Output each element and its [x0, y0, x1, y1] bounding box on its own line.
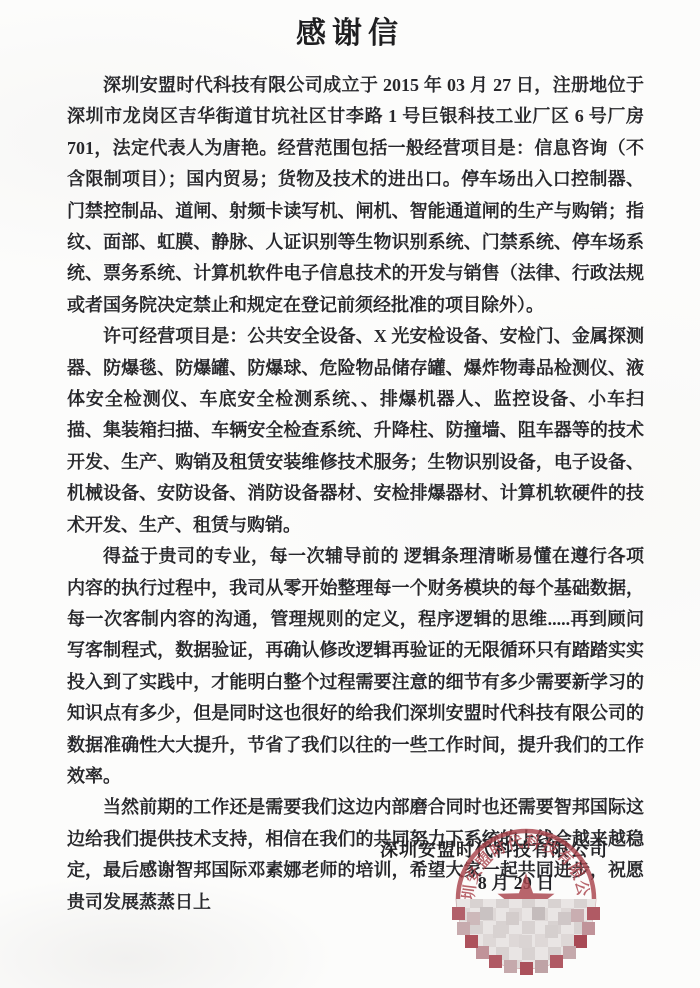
paragraph-licensed-business: 许可经营项目是：公共安全设备、X 光安检设备、安检门、金属探测器、防爆毯、防爆罐…: [67, 321, 644, 541]
letter-body: 深圳安盟时代科技有限公司成立于 2015 年 03 月 27 日，注册地位于深圳…: [67, 70, 644, 918]
paragraph-company-intro: 深圳安盟时代科技有限公司成立于 2015 年 03 月 27 日，注册地位于深圳…: [67, 70, 644, 321]
letter-page: 感谢信 深圳安盟时代科技有限公司成立于 2015 年 03 月 27 日，注册地…: [0, 0, 700, 988]
page-title: 感谢信: [0, 8, 700, 52]
mosaic-censor-overlay: [452, 899, 600, 975]
company-seal-stamp: 深圳安盟时代科技有限公司: [444, 817, 608, 981]
paragraph-gratitude: 得益于贵司的专业，每一次辅导前的 逻辑条理清晰易懂在遵行各项内容的执行过程中，我…: [67, 541, 644, 792]
